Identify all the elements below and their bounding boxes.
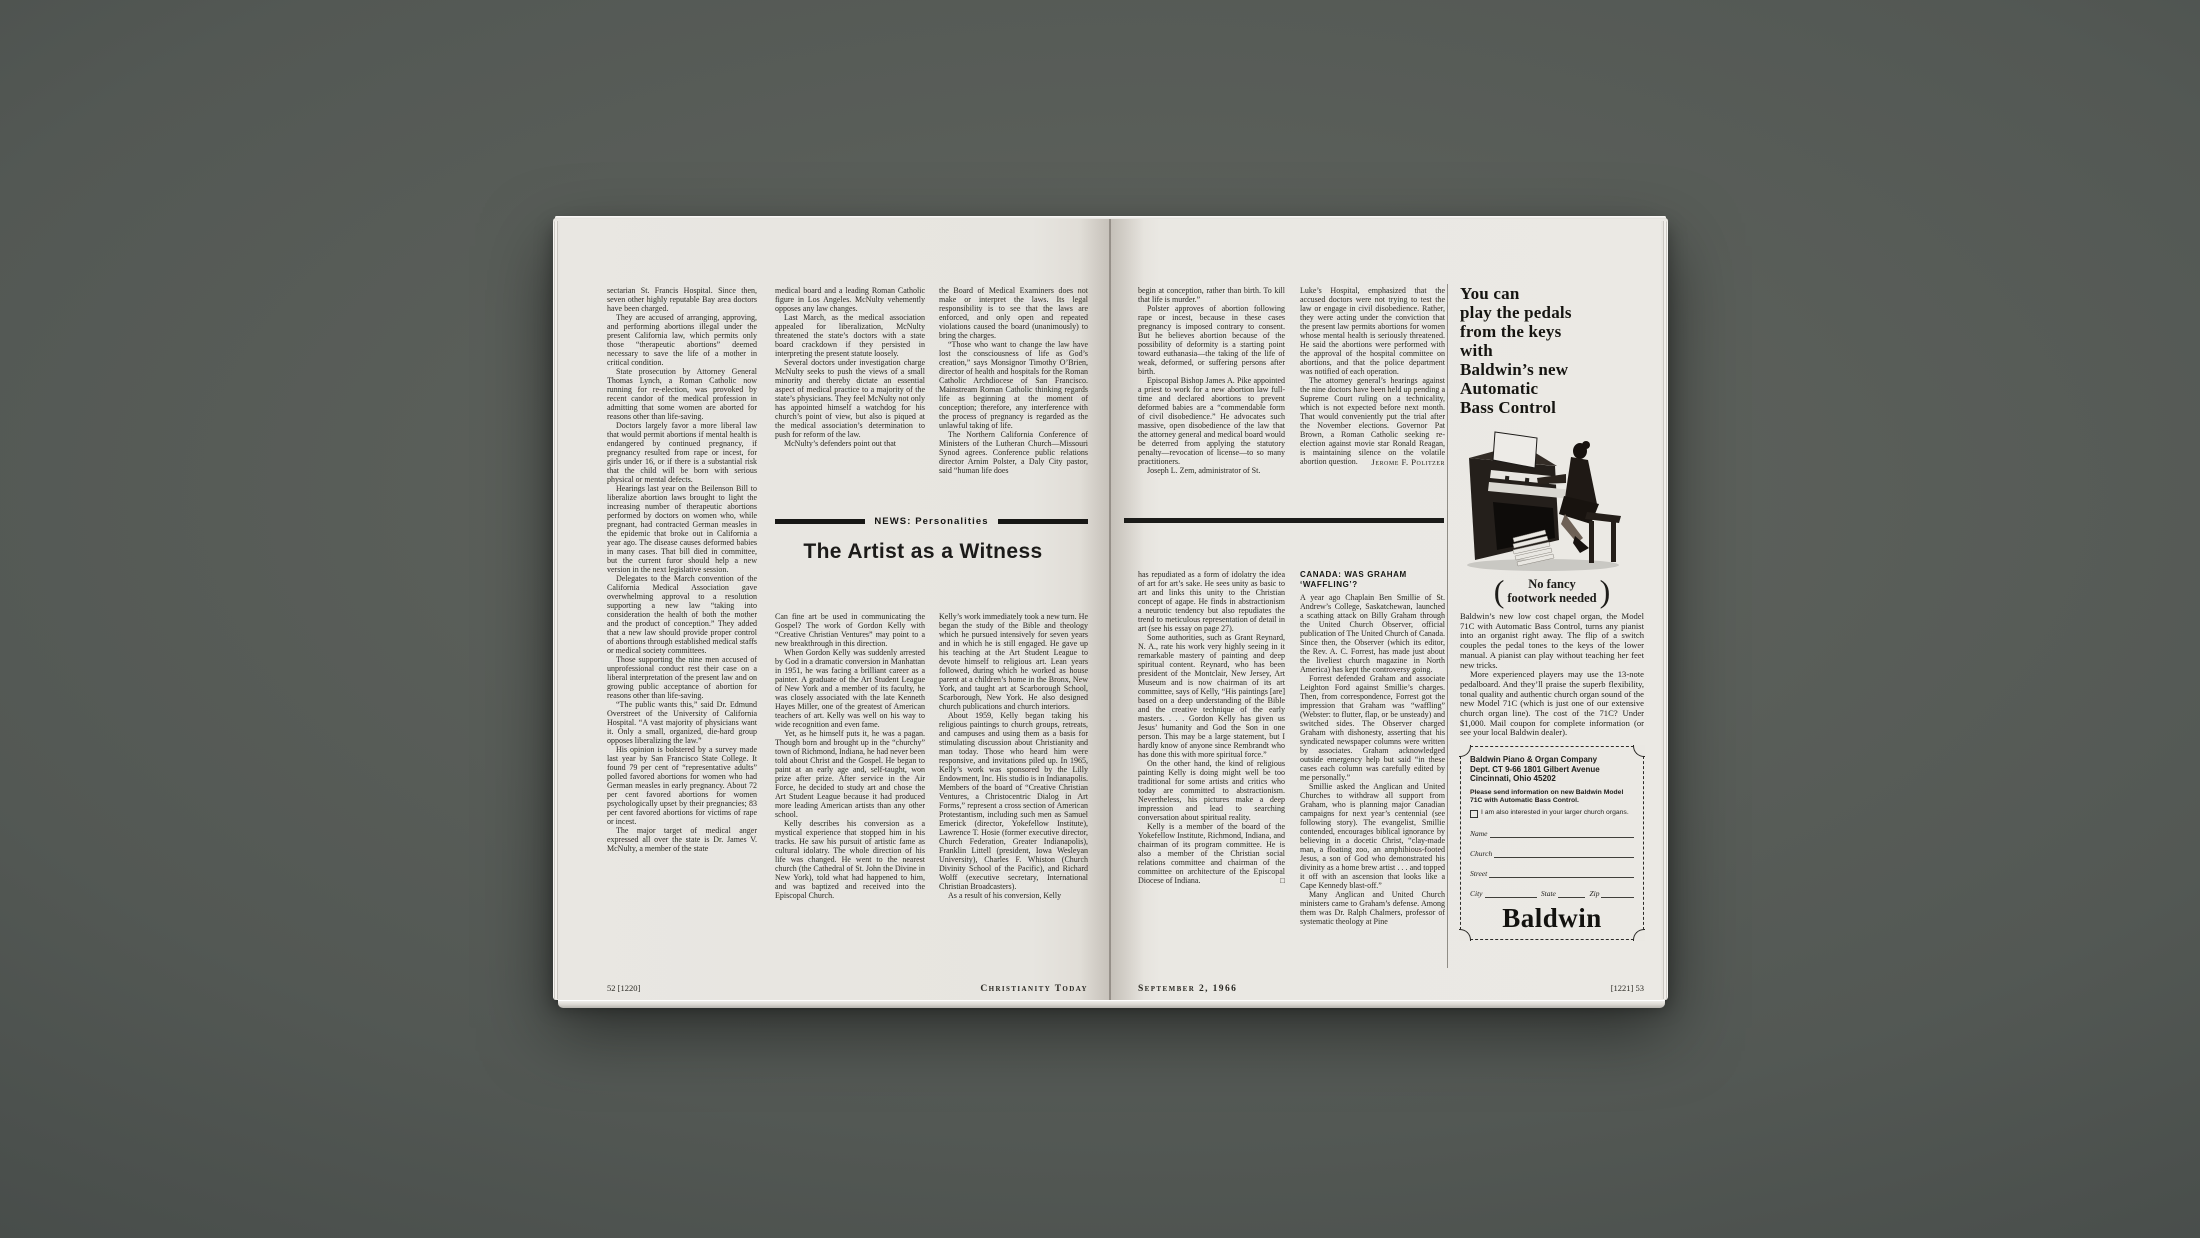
paragraph: Kelly’s work immediately took a new turn…	[939, 612, 1088, 711]
zip-field: Zip	[1589, 889, 1634, 898]
state-field-label: State	[1541, 889, 1556, 898]
section-divider-rule	[1124, 518, 1444, 523]
paragraph: As a result of his conversion, Kelly	[939, 891, 1088, 900]
paragraph: More experienced players may use the 13-…	[1460, 670, 1644, 738]
ad-divider-rule	[1447, 284, 1448, 968]
checkbox-icon	[1470, 810, 1478, 818]
paragraph: Bass Control	[1460, 398, 1644, 417]
paragraph: Yet, as he himself puts it, he was a pag…	[775, 729, 925, 819]
church-field: Church	[1470, 849, 1634, 858]
paragraph: The major target of medical anger expres…	[607, 826, 757, 853]
paragraph: State prosecution by Attorney General Th…	[607, 367, 757, 421]
paragraph: Those supporting the nine men accused of…	[607, 655, 757, 700]
right-page: begin at conception, rather than birth. …	[1110, 218, 1668, 1000]
spine-fold	[1109, 218, 1111, 1000]
zip-field-line	[1601, 896, 1634, 898]
church-field-line	[1494, 856, 1634, 858]
caption-line-2: footwork needed	[1507, 591, 1596, 605]
checkbox-label: I am also interested in your larger chur…	[1481, 809, 1629, 818]
paragraph: Last March, as the medical association a…	[775, 313, 925, 358]
abortion-article-col-1: sectarian St. Francis Hospital. Since th…	[607, 286, 757, 853]
paragraph: Baldwin’s new low cost chapel organ, the…	[1460, 612, 1644, 670]
coupon-city-line: Cincinnati, Ohio 45202	[1470, 774, 1634, 784]
paragraph: “Those who want to change the law have l…	[939, 340, 1088, 430]
abortion-article-col-5-text: Luke’s Hospital, emphasized that the acc…	[1300, 286, 1445, 466]
artist-article-col-right: Kelly’s work immediately took a new turn…	[939, 612, 1088, 900]
caption-paren-close: )	[1600, 576, 1611, 606]
ad-body-copy: Baldwin’s new low cost chapel organ, the…	[1460, 612, 1644, 738]
paragraph: Doctors largely favor a more liberal law…	[607, 421, 757, 484]
abortion-article-col-5: Luke’s Hospital, emphasized that the acc…	[1300, 286, 1445, 467]
canada-section-text: A year ago Chaplain Ben Smillie of St. A…	[1300, 593, 1445, 926]
name-field-label: Name	[1470, 829, 1488, 838]
abortion-article-col-4: begin at conception, rather than birth. …	[1138, 286, 1285, 475]
baldwin-logo: Baldwin	[1470, 904, 1634, 932]
paragraph: Delegates to the March convention of the…	[607, 574, 757, 655]
page-stack-edge-top	[555, 216, 1666, 219]
rule-right	[998, 519, 1088, 524]
paragraph: Kelly is a member of the board of the Yo…	[1138, 822, 1285, 885]
paragraph: Several doctors under investigation char…	[775, 358, 925, 439]
paragraph: sectarian St. Francis Hospital. Since th…	[607, 286, 757, 313]
paragraph: Polster approves of abortion following r…	[1138, 304, 1285, 376]
paragraph: Can fine art be used in communicating th…	[775, 612, 925, 648]
caption-text: No fancy footwork needed	[1507, 577, 1596, 605]
paragraph: with	[1460, 341, 1644, 360]
paragraph: McNulty’s defenders point out that	[775, 439, 925, 448]
abortion-article-col-3: the Board of Medical Examiners does not …	[939, 286, 1088, 475]
name-field-line	[1490, 836, 1635, 838]
magazine-spread: sectarian St. Francis Hospital. Since th…	[553, 218, 1668, 1000]
paragraph: Kelly describes his conversion as a myst…	[775, 819, 925, 900]
coupon-dept-line: Dept. CT 9-66 1801 Gilbert Avenue	[1470, 765, 1634, 775]
magazine-name: Christianity Today	[980, 984, 1088, 994]
page-stack-edge-right	[1661, 221, 1668, 999]
page-number-left: 52 [1220]	[607, 983, 640, 993]
coupon-corner-notch	[1633, 745, 1645, 757]
paragraph: medical board and a leading Roman Cathol…	[775, 286, 925, 313]
paragraph: You can	[1460, 284, 1644, 303]
paragraph: When Gordon Kelly was suddenly arrested …	[775, 648, 925, 729]
section-label: NEWS: Personalities	[874, 516, 988, 527]
page-stack-edge-bottom	[558, 1000, 1665, 1008]
caption-paren-open: (	[1494, 576, 1505, 606]
city-field-line	[1485, 896, 1537, 898]
mail-in-coupon: Baldwin Piano & Organ Company Dept. CT 9…	[1460, 746, 1644, 940]
coupon-checkbox-row: I am also interested in your larger chur…	[1470, 809, 1634, 818]
right-page-footer: September 2, 1966 [1221] 53	[1138, 983, 1644, 994]
caption-line-1: No fancy	[1528, 577, 1576, 591]
page-stack-edge-left	[553, 221, 560, 999]
paragraph: A year ago Chaplain Ben Smillie of St. A…	[1300, 593, 1445, 674]
left-page: sectarian St. Francis Hospital. Since th…	[553, 218, 1110, 1000]
church-field-label: Church	[1470, 849, 1492, 858]
issue-date: September 2, 1966	[1138, 984, 1237, 994]
street-field-line	[1489, 876, 1634, 878]
coupon-request-text: Please send information on new Baldwin M…	[1470, 789, 1634, 805]
rule-left	[775, 519, 865, 524]
paragraph: begin at conception, rather than birth. …	[1138, 286, 1285, 304]
baldwin-advertisement: You canplay the pedalsfrom the keyswithB…	[1460, 284, 1644, 940]
photo-of-magazine-spread: { "colors":{"page":"#eae8e3","ink":"#272…	[0, 0, 2200, 1238]
city-field: City	[1470, 889, 1537, 898]
paragraph: play the pedals	[1460, 303, 1644, 322]
paragraph: Episcopal Bishop James A. Pike appointed…	[1138, 376, 1285, 466]
paragraph: Some authorities, such as Grant Reynard,…	[1138, 633, 1285, 759]
state-field: State	[1541, 889, 1586, 898]
coupon-corner-notch	[1633, 929, 1645, 941]
paragraph: Joseph L. Zem, administrator of St.	[1138, 466, 1285, 475]
ad-caption: ( No fancy footwork needed )	[1460, 576, 1644, 606]
paragraph: has repudiated as a form of idolatry the…	[1138, 570, 1285, 633]
abortion-article-col-2: medical board and a leading Roman Cathol…	[775, 286, 925, 448]
street-field: Street	[1470, 869, 1634, 878]
paragraph: They are accused of arranging, approving…	[607, 313, 757, 367]
artist-article-col-end: has repudiated as a form of idolatry the…	[1138, 570, 1285, 885]
state-field-line	[1558, 896, 1586, 898]
paragraph: Luke’s Hospital, emphasized that the acc…	[1300, 286, 1445, 376]
artist-article-col-end-text: has repudiated as a form of idolatry the…	[1138, 570, 1285, 885]
artist-article-col-left: Can fine art be used in communicating th…	[775, 612, 925, 900]
article-headline: The Artist as a Witness	[758, 540, 1088, 564]
paragraph: His opinion is bolstered by a survey mad…	[607, 745, 757, 826]
paragraph: About 1959, Kelly began taking his relig…	[939, 711, 1088, 891]
canada-section-heading: CANADA: WAS GRAHAM ‘WAFFLING’?	[1300, 570, 1445, 590]
paragraph: Baldwin’s new	[1460, 360, 1644, 379]
left-page-footer: 52 [1220] Christianity Today	[607, 983, 1088, 994]
section-bar: NEWS: Personalities	[775, 516, 1088, 527]
page-number-right: [1221] 53	[1611, 983, 1644, 993]
organ-player-photo	[1461, 426, 1633, 574]
paragraph: Many Anglican and United Church minister…	[1300, 890, 1445, 926]
paragraph: Hearings last year on the Beilenson Bill…	[607, 484, 757, 574]
city-state-zip-row: City State Zip	[1470, 889, 1634, 898]
paragraph: The attorney general’s hearings against …	[1300, 376, 1445, 466]
zip-field-label: Zip	[1589, 889, 1599, 898]
coupon-company-name: Baldwin Piano & Organ Company	[1470, 755, 1634, 765]
name-field: Name	[1470, 829, 1634, 838]
paragraph: Smillie asked the Anglican and United Ch…	[1300, 782, 1445, 890]
ad-headline: You canplay the pedalsfrom the keyswithB…	[1460, 284, 1644, 417]
paragraph: On the other hand, the kind of religious…	[1138, 759, 1285, 822]
street-field-label: Street	[1470, 869, 1487, 878]
city-field-label: City	[1470, 889, 1483, 898]
paragraph: “The public wants this,” said Dr. Edmund…	[607, 700, 757, 745]
paragraph: Automatic	[1460, 379, 1644, 398]
canada-section: CANADA: WAS GRAHAM ‘WAFFLING’? A year ag…	[1300, 570, 1445, 926]
paragraph: The Northern California Conference of Mi…	[939, 430, 1088, 475]
paragraph: Forrest defended Graham and associate Le…	[1300, 674, 1445, 782]
paragraph: the Board of Medical Examiners does not …	[939, 286, 1088, 340]
paragraph: from the keys	[1460, 322, 1644, 341]
